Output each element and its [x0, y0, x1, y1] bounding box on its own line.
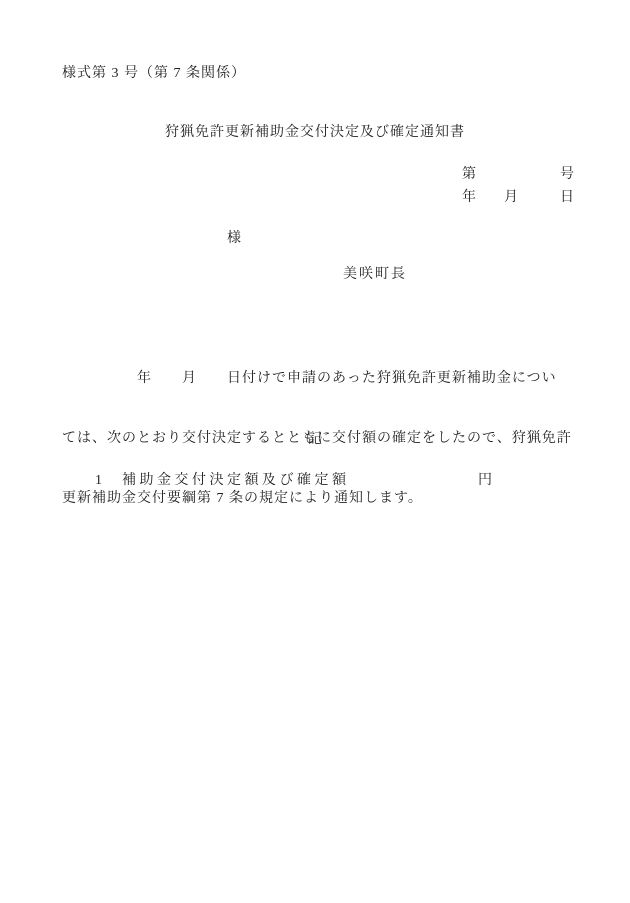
ki-separator: 記 — [0, 430, 630, 450]
doc-number-line: 第 号 — [462, 165, 574, 185]
form-number: 様式第 3 号（第 7 条関係） — [62, 64, 246, 84]
body-line-1: 年 月 日付けで申請のあった狩猟免許更新補助金につい — [62, 369, 572, 389]
sender-title: 美咲町長 — [343, 265, 407, 285]
item-label: 補助金交付決定額及び確定額 — [122, 471, 350, 491]
addressee-suffix: 様 — [227, 229, 241, 249]
item-number: 1 — [95, 471, 102, 491]
document-page: 様式第 3 号（第 7 条関係） 狩猟免許更新補助金交付決定及び確定通知書 第 … — [0, 0, 630, 903]
item-unit-yen: 円 — [478, 471, 492, 491]
body-line-3: 更新補助金交付要綱第 7 条の規定により通知します。 — [62, 489, 572, 509]
date-line: 年 月 日 — [462, 188, 574, 208]
document-title: 狩猟免許更新補助金交付決定及び確定通知書 — [0, 123, 630, 143]
